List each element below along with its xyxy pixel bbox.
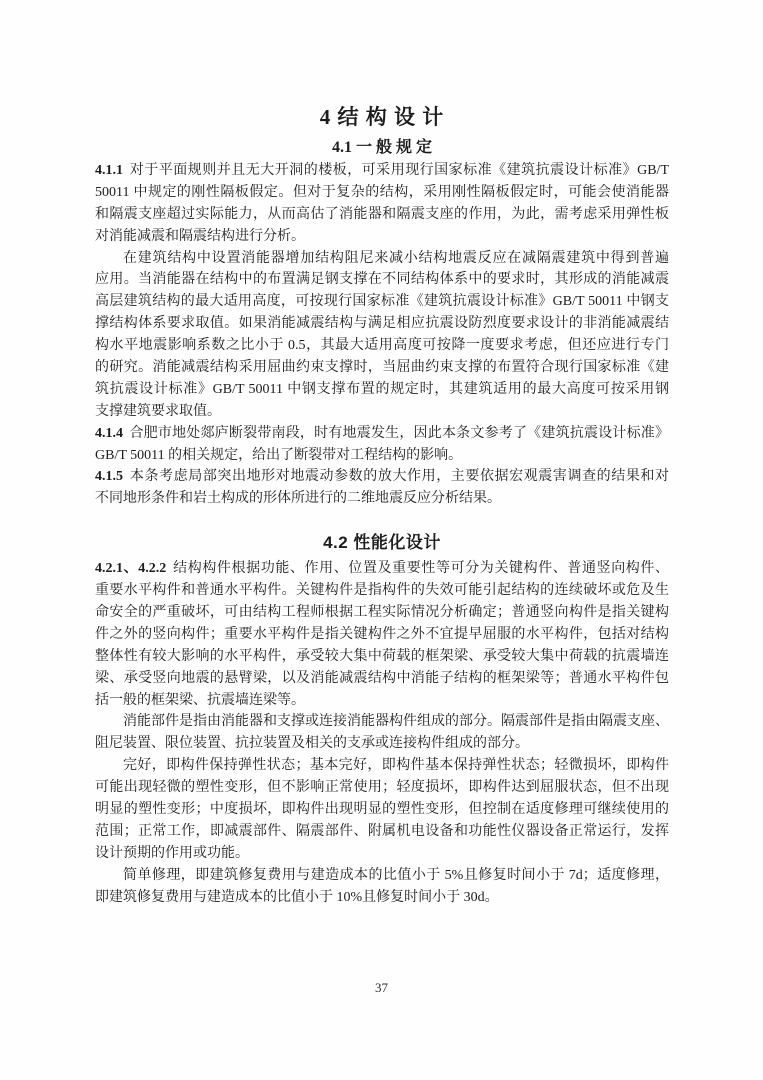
text-line: 消能部件是指由消能器和支撑或连接消能器构件组成的部分。隔震部件是指由隔震支座、 (95, 711, 669, 733)
text-line: 梁、承受竖向地震的悬臂梁，以及消能减震结构中消能子结构的框架梁等；普通水平构件包 (95, 668, 669, 690)
text-line: 和隔震支座超过实际能力，从而高估了消能器和隔震支座的作用，为此，需考虑采用弹性板 (95, 204, 669, 226)
text-line: 简单修理，即建筑修复费用与建造成本的比值小于 5%且修复时间小于 7d；适度修理… (95, 865, 669, 887)
paragraph: 4.2.1、4.2.2结构构件根据功能、作用、位置及重要性等可分为关键构件、普通… (95, 558, 669, 711)
clause-label: 4.1.4 (95, 426, 123, 441)
text-line: 范围；正常工作，即减震部件、隔震部件、附属机电设备和功能性仪器设备正常运行，发挥 (95, 821, 669, 843)
text-line: 括一般的框架梁、抗震墙连梁等。 (95, 690, 669, 712)
chapter-title: 4 结 构 设 计 (95, 104, 669, 130)
paragraph: 在建筑结构中设置消能器增加结构阻尼来减小结构地震反应在减隔震建筑中得到普遍应用。… (95, 248, 669, 423)
text-line: 可能出现轻微的塑性变形，但不影响正常使用；轻度损坏，即构件达到屈服状态，但不出现 (95, 777, 669, 799)
page-number: 37 (0, 980, 763, 996)
text-line: 完好，即构件保持弹性状态；基本完好，即构件基本保持弹性状态；轻微损坏，即构件 (95, 755, 669, 777)
section-heading: 4.1 一 般 规 定 (95, 136, 669, 160)
document-page: 4 结 构 设 计 4.1 一 般 规 定4.1.1对于平面规则并且无大开洞的楼… (0, 0, 763, 1080)
paragraph: 4.1.1对于平面规则并且无大开洞的楼板，可采用现行国家标准《建筑抗震设计标准》… (95, 160, 669, 248)
text-line: 50011 中规定的刚性隔板假定。但对于复杂的结构，采用刚性隔板假定时，可能会使… (95, 182, 669, 204)
clause-label: 4.1.1 (95, 163, 123, 178)
text-line: 件之外的竖向构件；重要水平构件是指关键构件之外不宜提早屈服的水平构件，包括对结构 (95, 624, 669, 646)
paragraph: 4.1.5本条考虑局部突出地形对地震动参数的放大作用，主要依据宏观震害调查的结果… (95, 466, 669, 510)
text-line: 对消能减震和隔震结构进行分析。 (95, 226, 669, 248)
text-line: 重要水平构件和普通水平构件。关键构件是指构件的失效可能引起结构的连续破坏或危及生 (95, 580, 669, 602)
paragraph: 完好，即构件保持弹性状态；基本完好，即构件基本保持弹性状态；轻微损坏，即构件可能… (95, 755, 669, 864)
paragraph: 消能部件是指由消能器和支撑或连接消能器构件组成的部分。隔震部件是指由隔震支座、阻… (95, 711, 669, 755)
text-line: GB/T 50011 的相关规定，给出了断裂带对工程结构的影响。 (95, 445, 669, 467)
text-line: 撑结构体系要求取值。如果消能减震结构与满足相应抗震设防烈度要求设计的非消能减震结 (95, 313, 669, 335)
text-line: 构水平地震影响系数之比小于 0.5，其最大适用高度可按降一度要求考虑，但还应进行… (95, 335, 669, 357)
clause-label: 4.2.1、4.2.2 (95, 561, 166, 576)
text-line: 筑抗震设计标准》GB/T 50011 中钢支撑布置的规定时，其建筑适用的最大高度… (95, 379, 669, 401)
section-4-2: 4.2 性能化设计4.2.1、4.2.2结构构件根据功能、作用、位置及重要性等可… (95, 530, 669, 908)
text-line: 不同地形条件和岩土构成的形体所进行的二维地震反应分析结果。 (95, 488, 669, 510)
document-content: 4 结 构 设 计 4.1 一 般 规 定4.1.1对于平面规则并且无大开洞的楼… (95, 0, 669, 909)
text-line: 高层建筑结构的最大适用高度，可按现行国家标准《建筑抗震设计标准》GB/T 500… (95, 291, 669, 313)
text-line: 支撑建筑要求取值。 (95, 401, 669, 423)
text-line: 在建筑结构中设置消能器增加结构阻尼来减小结构地震反应在减隔震建筑中得到普遍 (95, 248, 669, 270)
text-line: 应用。当消能器在结构中的布置满足钢支撑在不同结构体系中的要求时，其形成的消能减震 (95, 269, 669, 291)
text-line: 命安全的严重破坏，可由结构工程师根据工程实际情况分析确定；普通竖向构件是指关键构 (95, 602, 669, 624)
text-line: 阻尼装置、限位装置、抗拉装置及相关的支承或连接构件组成的部分。 (95, 733, 669, 755)
section-heading: 4.2 性能化设计 (95, 530, 669, 556)
text-line: 的研究。消能减震结构采用屈曲约束支撑时，当屈曲约束支撑的布置符合现行国家标准《建 (95, 357, 669, 379)
text-line: 明显的塑性变形；中度损坏，即构件出现明显的塑性变形，但控制在适度修理可继续使用的 (95, 799, 669, 821)
paragraph: 简单修理，即建筑修复费用与建造成本的比值小于 5%且修复时间小于 7d；适度修理… (95, 865, 669, 909)
clause-label: 4.1.5 (95, 469, 123, 484)
section-4-1: 4.1 一 般 规 定4.1.1对于平面规则并且无大开洞的楼板，可采用现行国家标… (95, 136, 669, 510)
paragraph: 4.1.4合肥市地处郯庐断裂带南段，时有地震发生，因此本条文参考了《建筑抗震设计… (95, 423, 669, 467)
text-line: 4.2.1、4.2.2结构构件根据功能、作用、位置及重要性等可分为关键构件、普通… (95, 558, 669, 580)
text-line: 4.1.1对于平面规则并且无大开洞的楼板，可采用现行国家标准《建筑抗震设计标准》… (95, 160, 669, 182)
text-line: 4.1.5本条考虑局部突出地形对地震动参数的放大作用，主要依据宏观震害调查的结果… (95, 466, 669, 488)
text-line: 4.1.4合肥市地处郯庐断裂带南段，时有地震发生，因此本条文参考了《建筑抗震设计… (95, 423, 669, 445)
text-line: 整体性有较大影响的水平构件，承受较大集中荷载的框架梁、承受较大集中荷载的抗震墙连 (95, 646, 669, 668)
document-body: 4.1 一 般 规 定4.1.1对于平面规则并且无大开洞的楼板，可采用现行国家标… (95, 136, 669, 909)
text-line: 即建筑修复费用与建造成本的比值小于 10%且修复时间小于 30d。 (95, 887, 669, 909)
text-line: 设计预期的作用或功能。 (95, 843, 669, 865)
